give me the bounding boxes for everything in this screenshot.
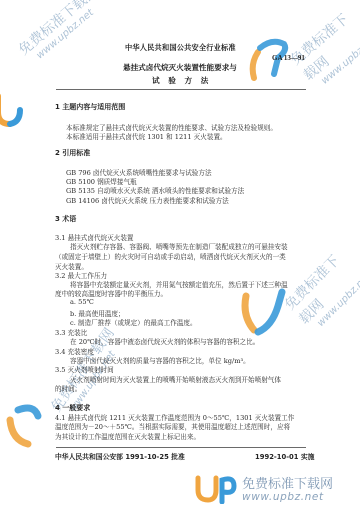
watermark-mid-right: 免费标准下载网 www.upbz.net [280, 243, 360, 336]
section-1-line-2: 本标准适用于悬挂式卤代烷 1301 和 1211 灭火装置。 [66, 131, 227, 141]
section-1-heading: 1 主题内容与适用范围 [55, 102, 125, 112]
header-divider [56, 89, 306, 90]
reference-item: GB 5135 自动喷水灭火系统 洒水喷头的性能要求和试验方法 [66, 185, 244, 195]
watermark-top-right: 免费标准下载网 www.upbz.net [286, 2, 360, 93]
term-3-3-line: 在 20℃时，容器中液态卤代烷灭火剂的体积与容器的容积之比。 [70, 336, 259, 346]
term-3-2-item-c: c. 制造厂推荐（或规定）的最高工作温度。 [70, 317, 197, 327]
upbz-logo-icon [238, 286, 288, 342]
watermark-url-text: www.upbz.net [315, 271, 360, 329]
term-3-5-heading: 3.5 灭火剂喷射时间 [55, 364, 114, 374]
upbz-logo-icon [0, 92, 24, 128]
term-3-2-line: 度中的较高温度时容器中的平衡压力。 [55, 288, 167, 298]
term-3-5-line: 灭火剂喷射时间为灭火装置上的喷嘴开始喷射液态灭火剂到开始喷射气体 [70, 374, 281, 384]
standard-code: GA 13—91 [272, 54, 305, 62]
document-title-line2: 试 验 方 法 [152, 75, 211, 86]
section-2-heading: 2 引用标准 [55, 148, 90, 158]
section-3-heading: 3 术语 [55, 214, 76, 224]
watermark-cn-text: 免费标准下载网 [242, 473, 333, 492]
watermark-url-text: www.upbz.net [35, 0, 109, 61]
watermark-bottom-logo: 免费标准下载网 www.upbz.net [190, 472, 360, 506]
section-4-line: 温度范围为－20～＋55℃。当根据实际需要，其使用温度超过上述范围时，应将 [55, 421, 290, 431]
watermark-cn-text: 免费标准下载网 [286, 2, 360, 85]
term-3-5-line: 的时间。 [55, 383, 81, 393]
footer-divider [56, 447, 306, 448]
approval-date: 中华人民共和国公安部 1991-10-25 批准 [55, 451, 185, 461]
term-3-1-line: （或固定于墙壁上）的火灾时可自动或手动启动，喷洒卤代烷灭火剂灭火的一类 [55, 251, 286, 261]
term-3-1-line: 指灭火剂贮存容器、容器阀、喷嘴等预先在制造厂装配成独立的可悬挂安装 [70, 241, 288, 251]
document-title-line1: 悬挂式卤代烷灭火装置性能要求与 [123, 62, 237, 73]
watermark-url-text: www.upbz.net [319, 33, 360, 87]
watermark-cn-text: 免费标准下载网 [280, 243, 360, 329]
watermark-url-text: www.upbz.net [242, 491, 324, 503]
section-4-line: 为其设计的工作温度范围在灭火装置上标记出来。 [55, 431, 200, 441]
watermark-cn-text: 免费标准下载网 [14, 0, 102, 59]
standard-org-line: 中华人民共和国公共安全行业标准 [125, 43, 236, 53]
upbz-logo-icon [194, 474, 238, 504]
implementation-date: 1992-10-01 实施 [255, 451, 314, 461]
reference-item: GB 14106 卤代烷灭火系统 压力表性能要求和试验方法 [66, 195, 229, 205]
upbz-logo-icon [4, 400, 44, 450]
term-3-2-item-a: a. 55℃ [70, 298, 94, 306]
watermark-top-left: 免费标准下载网 www.upbz.net [14, 0, 109, 68]
